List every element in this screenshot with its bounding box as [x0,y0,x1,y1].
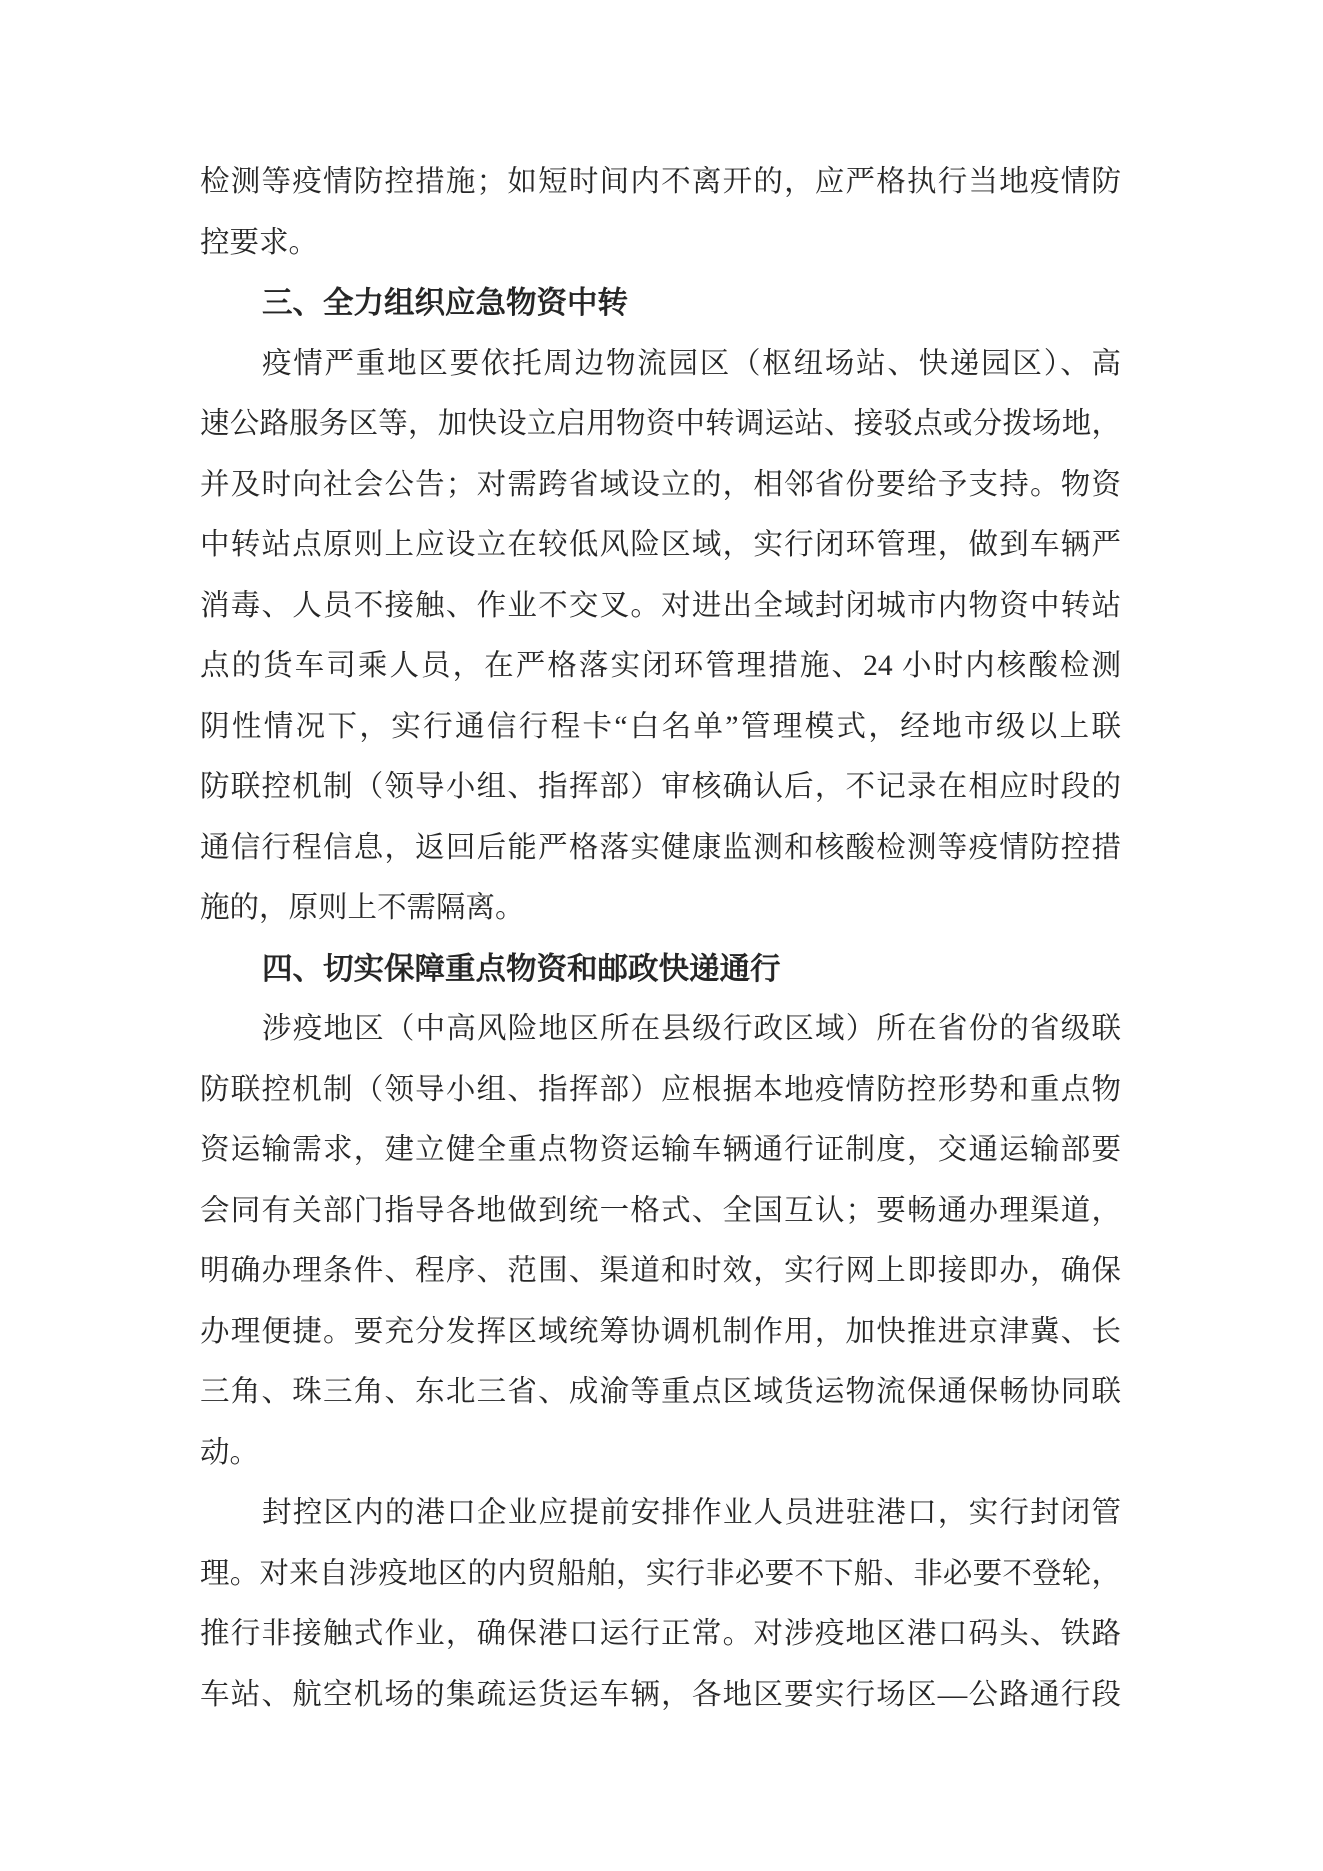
text-line: 速公路服务区等，加快设立启用物资中转调运站、接驳点或分拨场地， [200,394,1121,455]
text-line: 疫情严重地区要依托周边物流园区（枢纽场站、快递园区）、高 [200,334,1121,395]
text-line: 封控区内的港口企业应提前安排作业人员进驻港口，实行封闭管 [200,1483,1121,1544]
text-line: 推行非接触式作业，确保港口运行正常。对涉疫地区港口码头、铁路 [200,1604,1121,1665]
text-line: 防联控机制（领导小组、指挥部）审核确认后，不记录在相应时段的 [200,757,1121,818]
text-line: 通信行程信息，返回后能严格落实健康监测和核酸检测等疫情防控措 [200,818,1121,879]
text-line: 中转站点原则上应设立在较低风险区域，实行闭环管理，做到车辆严 [200,515,1121,576]
text-line: 控要求。 [200,213,1121,274]
text-line: 涉疫地区（中高风险地区所在县级行政区域）所在省份的省级联 [200,999,1121,1060]
text-line: 消毒、人员不接触、作业不交叉。对进出全域封闭城市内物资中转站 [200,576,1121,637]
text-line: 点的货车司乘人员，在严格落实闭环管理措施、24 小时内核酸检测 [200,636,1121,697]
text-line: 三角、珠三角、东北三省、成渝等重点区域货运物流保通保畅协同联 [200,1362,1121,1423]
text-line: 防联控机制（领导小组、指挥部）应根据本地疫情防控形势和重点物 [200,1060,1121,1121]
document-page: 检测等疫情防控措施；如短时间内不离开的，应严格执行当地疫情防 控要求。 三、全力… [0,0,1323,1871]
section-heading: 三、全力组织应急物资中转 [200,273,1121,334]
text-line: 动。 [200,1423,1121,1484]
text-line: 阴性情况下，实行通信行程卡“白名单”管理模式，经地市级以上联 [200,697,1121,758]
text-line: 并及时向社会公告；对需跨省域设立的，相邻省份要给予支持。物资 [200,455,1121,516]
section-heading: 四、切实保障重点物资和邮政快递通行 [200,939,1121,1000]
text-line: 会同有关部门指导各地做到统一格式、全国互认；要畅通办理渠道， [200,1181,1121,1242]
text-line: 明确办理条件、程序、范围、渠道和时效，实行网上即接即办，确保 [200,1241,1121,1302]
text-line: 车站、航空机场的集疏运货运车辆，各地区要实行场区—公路通行段 [200,1665,1121,1726]
text-line: 办理便捷。要充分发挥区域统筹协调机制作用，加快推进京津冀、长 [200,1302,1121,1363]
text-line: 资运输需求，建立健全重点物资运输车辆通行证制度，交通运输部要 [200,1120,1121,1181]
text-line: 施的，原则上不需隔离。 [200,878,1121,939]
text-line: 理。对来自涉疫地区的内贸船舶，实行非必要不下船、非必要不登轮， [200,1544,1121,1605]
document-text-block: 检测等疫情防控措施；如短时间内不离开的，应严格执行当地疫情防 控要求。 三、全力… [200,152,1121,1725]
text-line: 检测等疫情防控措施；如短时间内不离开的，应严格执行当地疫情防 [200,152,1121,213]
